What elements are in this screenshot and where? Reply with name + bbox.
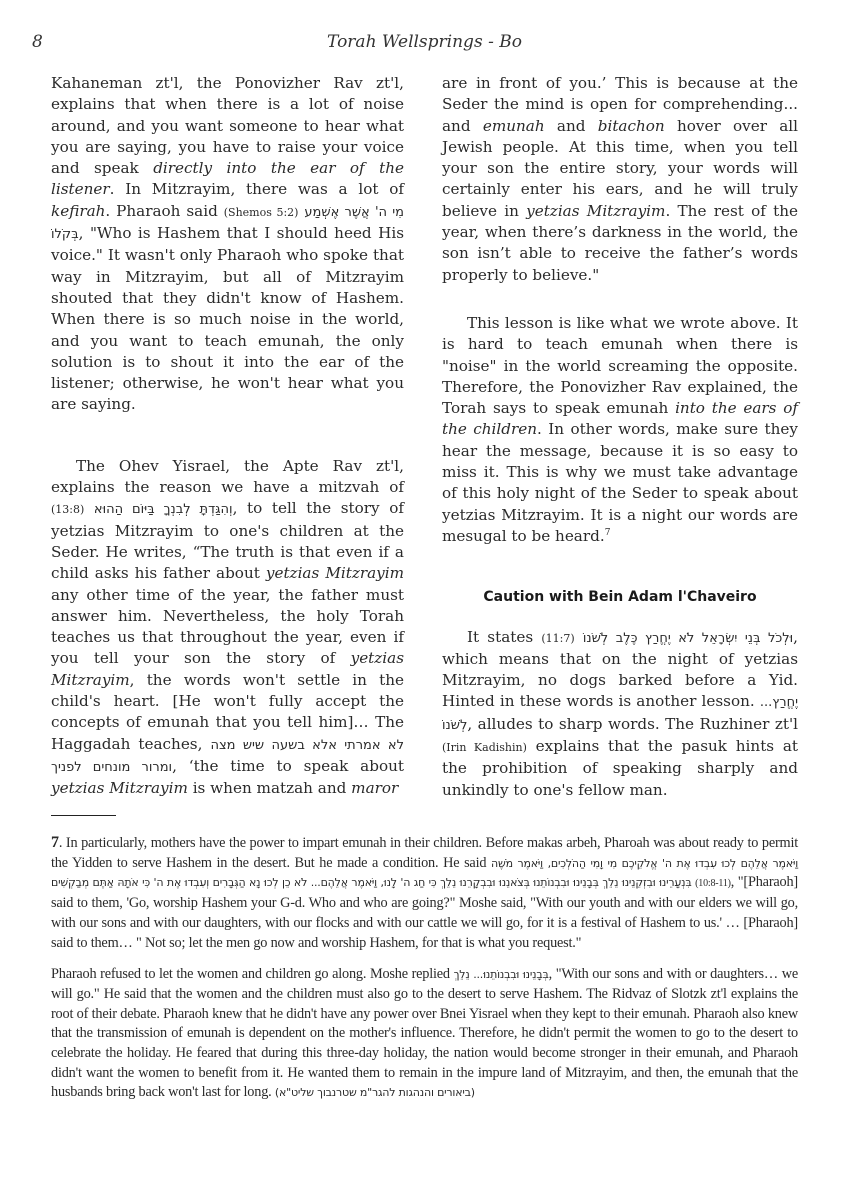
text: , ‘the time to speak about — [172, 757, 404, 775]
paragraph: It states (11:7) וּלְכֹל בְּנֵי יִשְׂרָא… — [442, 627, 798, 801]
running-title: Torah Wellsprings - Bo — [30, 32, 819, 52]
hebrew-quote: וְהִגַּדְתָּ לְבִנְךָ בַּיּוֹם הַהוּא — [94, 502, 233, 517]
emphasis: maror — [351, 779, 398, 797]
emphasis: kefirah — [51, 202, 105, 220]
emphasis: emunah — [483, 117, 545, 135]
citation: (Irin Kadishin) — [442, 741, 527, 754]
source-citation: (ביאורים והנהגות להגר"מ שטרנבוך שליט"א) — [275, 1086, 475, 1099]
footnotes: 7. In particularly, mothers have the pow… — [51, 833, 798, 1103]
emphasis: bitachon — [598, 117, 665, 135]
text: Pharaoh refused to let the women and chi… — [51, 966, 454, 982]
citation: (13:8) — [51, 503, 84, 516]
hebrew-quote: בְּבָנֵינוּ וּבִבְנוֹתֵנוּ... נֵלֵךְ — [454, 968, 549, 981]
paragraph: Kahaneman zt'l, the Ponovizher Rav zt'l,… — [51, 73, 404, 416]
text: It states — [467, 628, 541, 646]
footnote-number: 7 — [51, 834, 59, 851]
left-column: Kahaneman zt'l, the Ponovizher Rav zt'l,… — [51, 73, 404, 800]
emphasis: yetzias Mitzrayim — [266, 564, 404, 582]
right-column: are in front of you.’ This is because at… — [442, 73, 798, 801]
citation: (11:7) — [541, 632, 574, 645]
document-page: 8 Torah Wellsprings - Bo Kahaneman zt'l,… — [0, 0, 849, 1200]
paragraph: are in front of you.’ This is because at… — [442, 73, 798, 286]
footnote-divider — [51, 815, 116, 816]
text: The Ohev Yisrael, the Apte Rav zt'l, exp… — [51, 457, 404, 496]
text: . In other words, make sure they hear th… — [442, 420, 798, 544]
footnote-continuation: Pharaoh refused to let the women and chi… — [51, 965, 798, 1103]
paragraph: This lesson is like what we wrote above.… — [442, 313, 798, 547]
hebrew-quote: וּלְכֹל בְּנֵי יִשְׂרָאֵל לֹא יֶחֱרַץ כֶ… — [583, 631, 793, 646]
text: . Pharaoh said — [105, 202, 223, 220]
emphasis: yetzias Mitzrayim — [51, 779, 188, 797]
page-header: 8 Torah Wellsprings - Bo — [30, 32, 819, 62]
text: , "Who is Hashem that I should heed His … — [51, 224, 404, 413]
emphasis: yetzias Mitzrayim — [526, 202, 665, 220]
text: . In Mitzrayim, there was a lot of — [110, 180, 404, 198]
citation: (10:8-11) — [695, 878, 731, 889]
text: and — [545, 117, 598, 135]
text: , "With our sons and with or daughters… … — [51, 966, 798, 1100]
footnote-reference[interactable]: 7 — [605, 528, 611, 538]
citation: (Shemos 5:2) — [224, 206, 299, 219]
text: is when matzah and — [188, 779, 351, 797]
footnote: 7. In particularly, mothers have the pow… — [51, 833, 798, 953]
text: , alludes to sharp words. The Ruzhiner z… — [467, 715, 798, 733]
paragraph: The Ohev Yisrael, the Apte Rav zt'l, exp… — [51, 456, 404, 800]
section-heading: Caution with Bein Adam l'Chaveiro — [442, 587, 798, 608]
